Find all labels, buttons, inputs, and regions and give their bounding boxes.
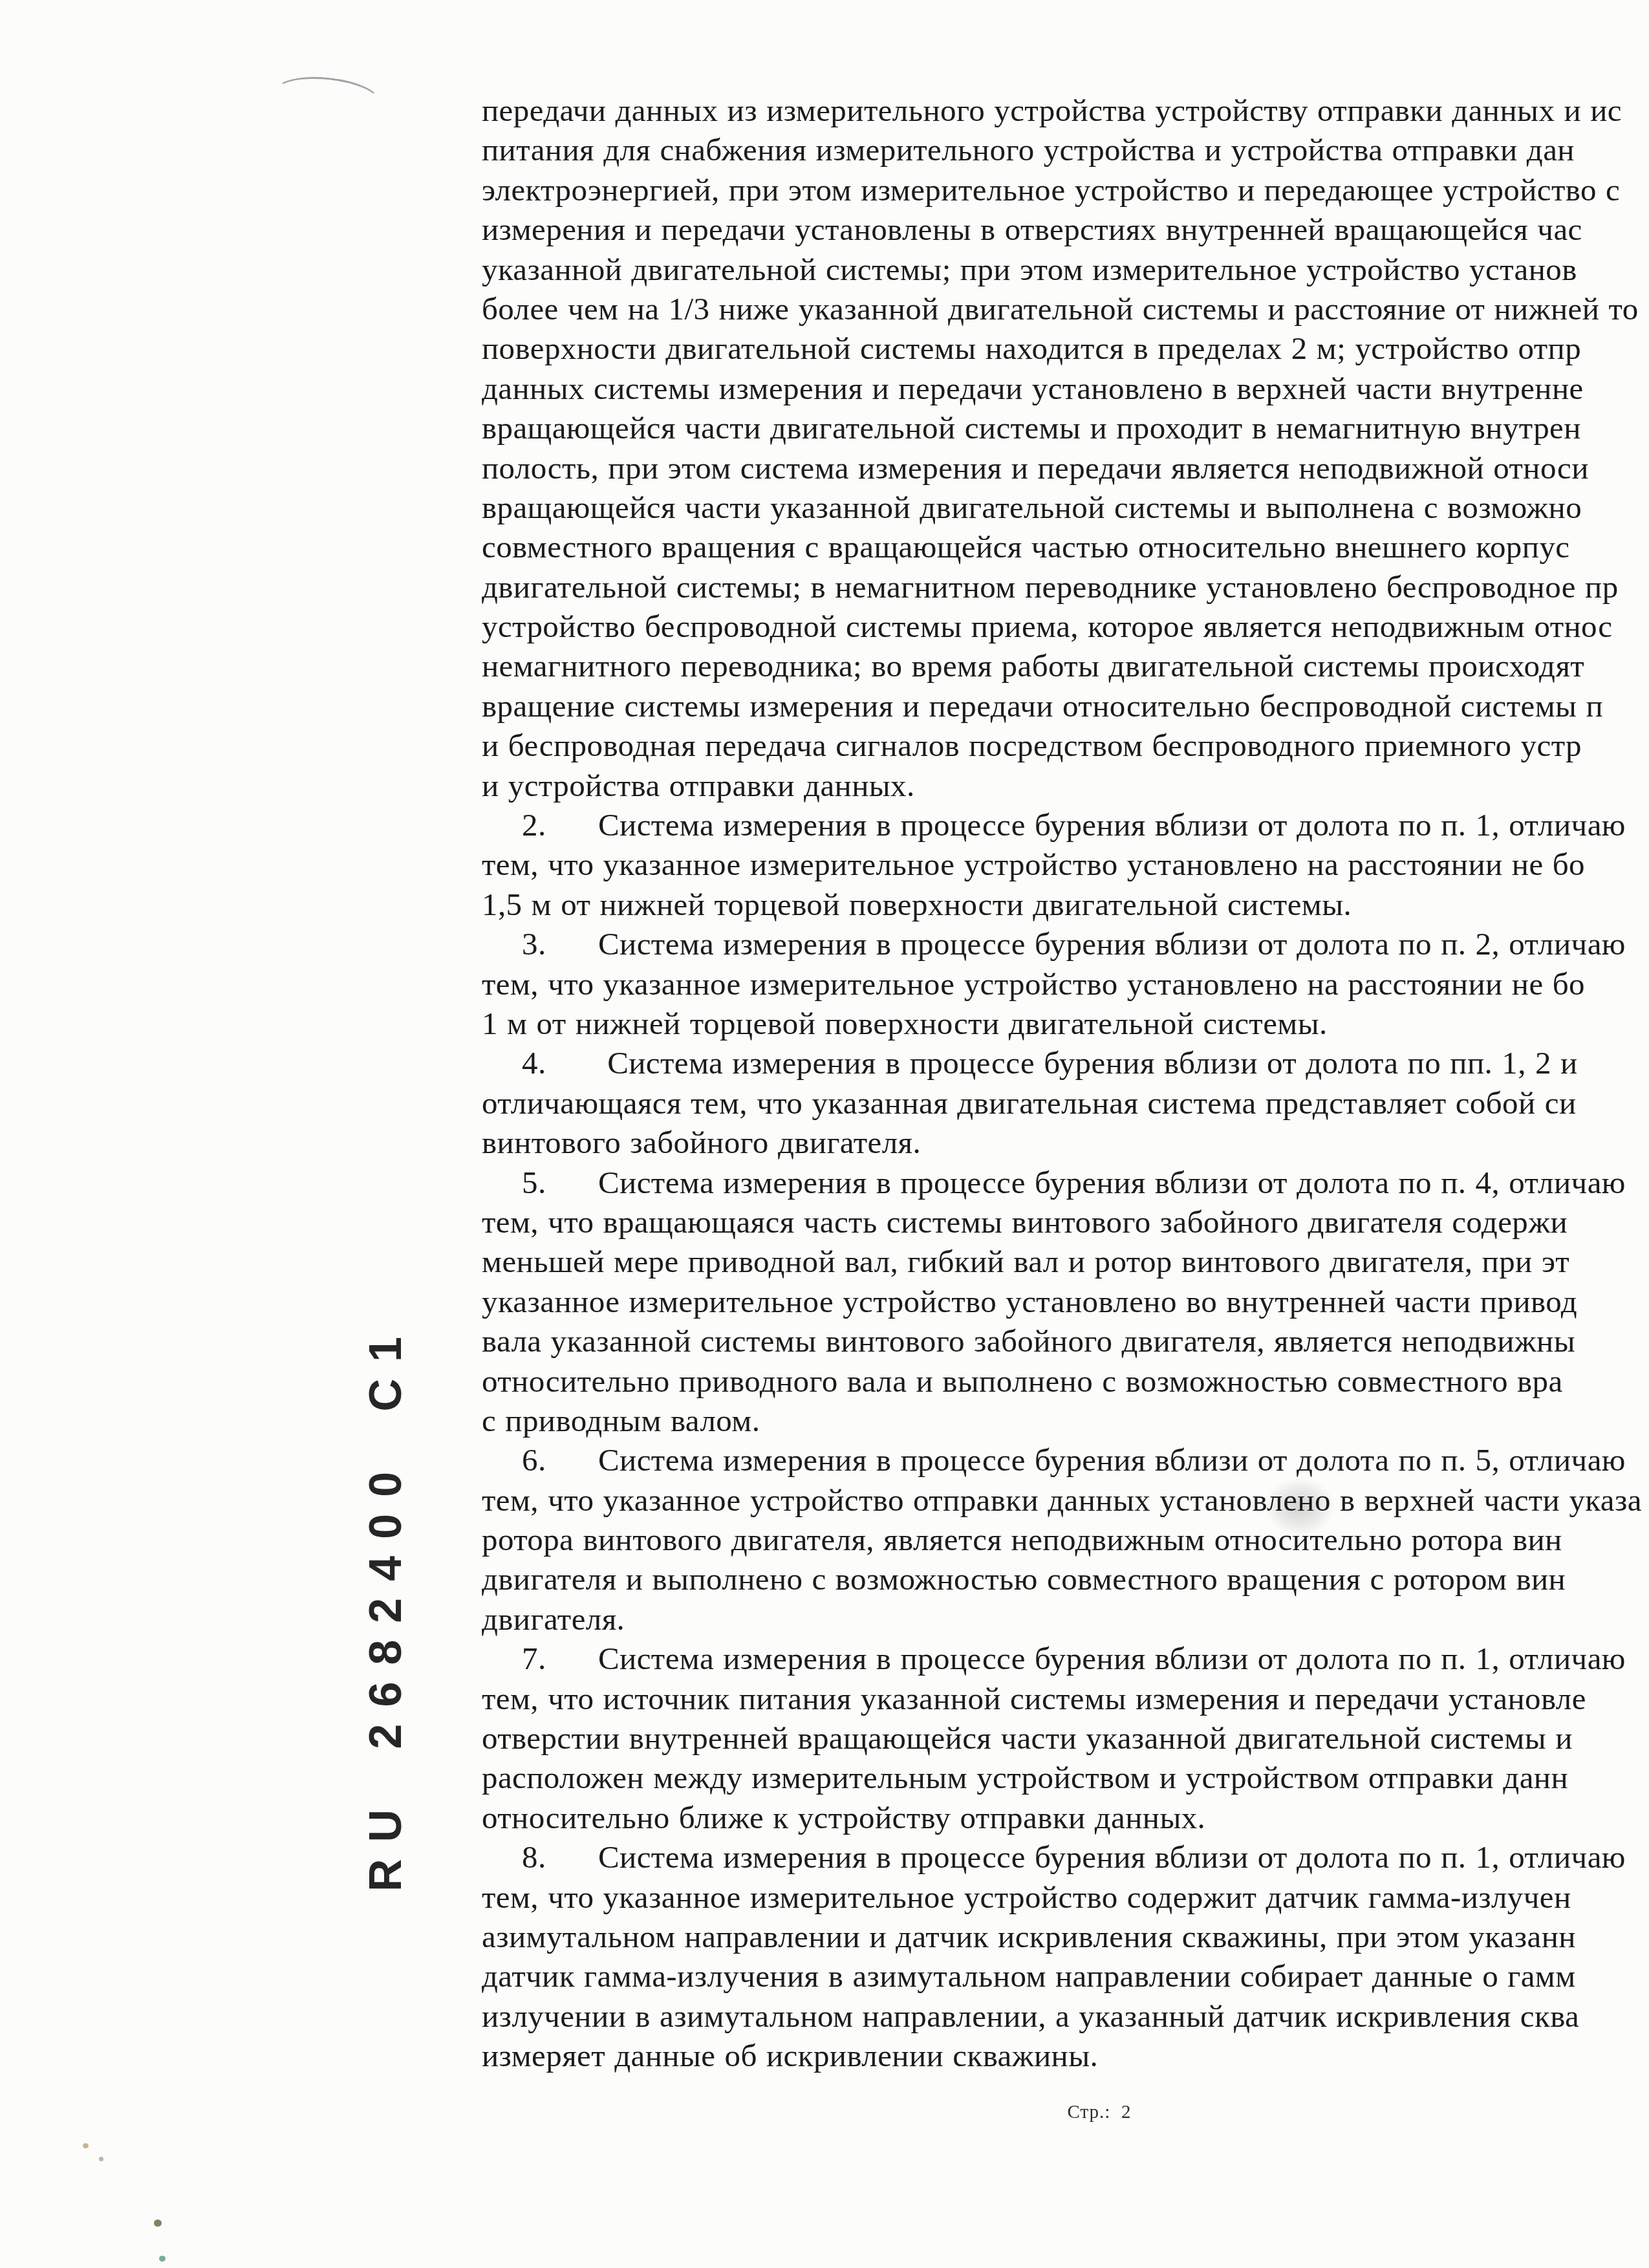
text-line: тем, что источник питания указанной сист… <box>482 1679 1649 1718</box>
text-line: 8.Система измерения в процессе бурения в… <box>482 1837 1649 1877</box>
pen-stroke-artifact <box>272 72 382 123</box>
paper-speck <box>154 2219 162 2227</box>
text-line: с приводным валом. <box>482 1401 1649 1440</box>
text-line: отверстии внутренней вращающейся части у… <box>482 1718 1649 1758</box>
text-line: питания для снабжения измерительного уст… <box>482 130 1649 169</box>
text-line: тем, что вращающаяся часть системы винто… <box>482 1202 1649 1242</box>
text-line: отличающаяся тем, что указанная двигател… <box>482 1083 1649 1123</box>
text-line: тем, что указанное измерительное устройс… <box>482 1877 1649 1917</box>
text-line: указанной двигательной системы; при этом… <box>482 250 1649 289</box>
text-line: 1,5 м от нижней торцевой поверхности дви… <box>482 885 1649 924</box>
text-line: тем, что указанное измерительное устройс… <box>482 964 1649 1004</box>
text-line: азимутальном направлении и датчик искрив… <box>482 1917 1649 1956</box>
text-line: вращающейся части указанной двигательной… <box>482 488 1649 527</box>
text-line: 4. Система измерения в процессе бурения … <box>482 1043 1649 1083</box>
paper-speck <box>159 2256 166 2262</box>
text-line: относительно приводного вала и выполнено… <box>482 1361 1649 1401</box>
claim-number: 2. <box>522 805 598 845</box>
text-line: меньшей мере приводной вал, гибкий вал и… <box>482 1242 1649 1281</box>
text-line: указанное измерительное устройство устан… <box>482 1282 1649 1321</box>
text-line: винтового забойного двигателя. <box>482 1123 1649 1162</box>
claim-first-line-text: Система измерения в процессе бурения вбл… <box>598 807 1626 843</box>
text-line: передачи данных из измерительного устрой… <box>482 91 1649 130</box>
text-line: 5.Система измерения в процессе бурения в… <box>482 1163 1649 1202</box>
claim-first-line-text: Система измерения в процессе бурения вбл… <box>598 1839 1626 1875</box>
paper-speck <box>83 2143 89 2148</box>
text-line: измеряет данные об искривлении скважины. <box>482 2036 1649 2075</box>
claim-first-line-text: Система измерения в процессе бурения вбл… <box>598 1045 1578 1081</box>
claim-number: 8. <box>522 1837 598 1877</box>
text-line: двигателя. <box>482 1599 1649 1639</box>
text-line: 7.Система измерения в процессе бурения в… <box>482 1639 1649 1678</box>
claim-number: 6. <box>522 1440 598 1480</box>
text-line: полость, при этом система измерения и пе… <box>482 448 1649 488</box>
paper-speck <box>99 2157 103 2161</box>
text-line: двигателя и выполнено с возможностью сов… <box>482 1559 1649 1599</box>
claim-first-line-text: Система измерения в процессе бурения вбл… <box>598 1442 1626 1478</box>
page-number: 2 <box>1121 2102 1132 2122</box>
text-line: поверхности двигательной системы находит… <box>482 329 1649 368</box>
text-line: 1 м от нижней торцевой поверхности двига… <box>482 1004 1649 1043</box>
claims-text: передачи данных из измерительного устрой… <box>482 91 1649 2076</box>
text-line: двигательной системы; в немагнитном пере… <box>482 567 1649 607</box>
text-line: тем, что указанное измерительное устройс… <box>482 845 1649 884</box>
claim-first-line-text: Система измерения в процессе бурения вбл… <box>598 1641 1626 1676</box>
text-line: 3.Система измерения в процессе бурения в… <box>482 924 1649 964</box>
text-line: тем, что указанное устройство отправки д… <box>482 1480 1649 1520</box>
text-line: расположен между измерительным устройств… <box>482 1758 1649 1797</box>
claim-number: 3. <box>522 924 598 964</box>
claim-first-line-text: Система измерения в процессе бурения вбл… <box>598 926 1626 962</box>
claim-number: 4. <box>522 1043 598 1083</box>
text-line: излучении в азимутальном направлении, а … <box>482 1996 1649 2036</box>
patent-publication-number-vertical: RU 2682400 C1 <box>360 1268 409 1892</box>
claim-first-line-text: Система измерения в процессе бурения вбл… <box>598 1165 1626 1200</box>
text-line: измерения и передачи установлены в отвер… <box>482 210 1649 249</box>
footer-space <box>1110 2102 1121 2122</box>
text-line: данных системы измерения и передачи уста… <box>482 369 1649 408</box>
claim-number: 7. <box>522 1639 598 1678</box>
text-line: более чем на 1/3 ниже указанной двигател… <box>482 289 1649 329</box>
text-line: совместного вращения с вращающейся часть… <box>482 527 1649 567</box>
text-line: датчик гамма-излучения в азимутальном на… <box>482 1956 1649 1996</box>
text-line: вращение системы измерения и передачи от… <box>482 686 1649 726</box>
text-line: и устройства отправки данных. <box>482 766 1649 805</box>
text-line: вращающейся части двигательной системы и… <box>482 408 1649 448</box>
text-line: устройство беспроводной системы приема, … <box>482 607 1649 646</box>
text-line: ротора винтового двигателя, является неп… <box>482 1520 1649 1559</box>
claim-number: 5. <box>522 1163 598 1202</box>
text-line: немагнитного переводника; во время работ… <box>482 646 1649 686</box>
text-line: электроэнергией, при этом измерительное … <box>482 170 1649 210</box>
patent-page: RU 2682400 C1 передачи данных из измерит… <box>0 0 1649 2268</box>
text-line: вала указанной системы винтового забойно… <box>482 1321 1649 1361</box>
page-footer: Стр.: 2 <box>1041 2102 1158 2123</box>
text-line: относительно ближе к устройству отправки… <box>482 1798 1649 1837</box>
text-line: 2.Система измерения в процессе бурения в… <box>482 805 1649 845</box>
text-line: 6.Система измерения в процессе бурения в… <box>482 1440 1649 1480</box>
text-line: и беспроводная передача сигналов посредс… <box>482 726 1649 765</box>
page-label: Стр.: <box>1068 2102 1111 2122</box>
